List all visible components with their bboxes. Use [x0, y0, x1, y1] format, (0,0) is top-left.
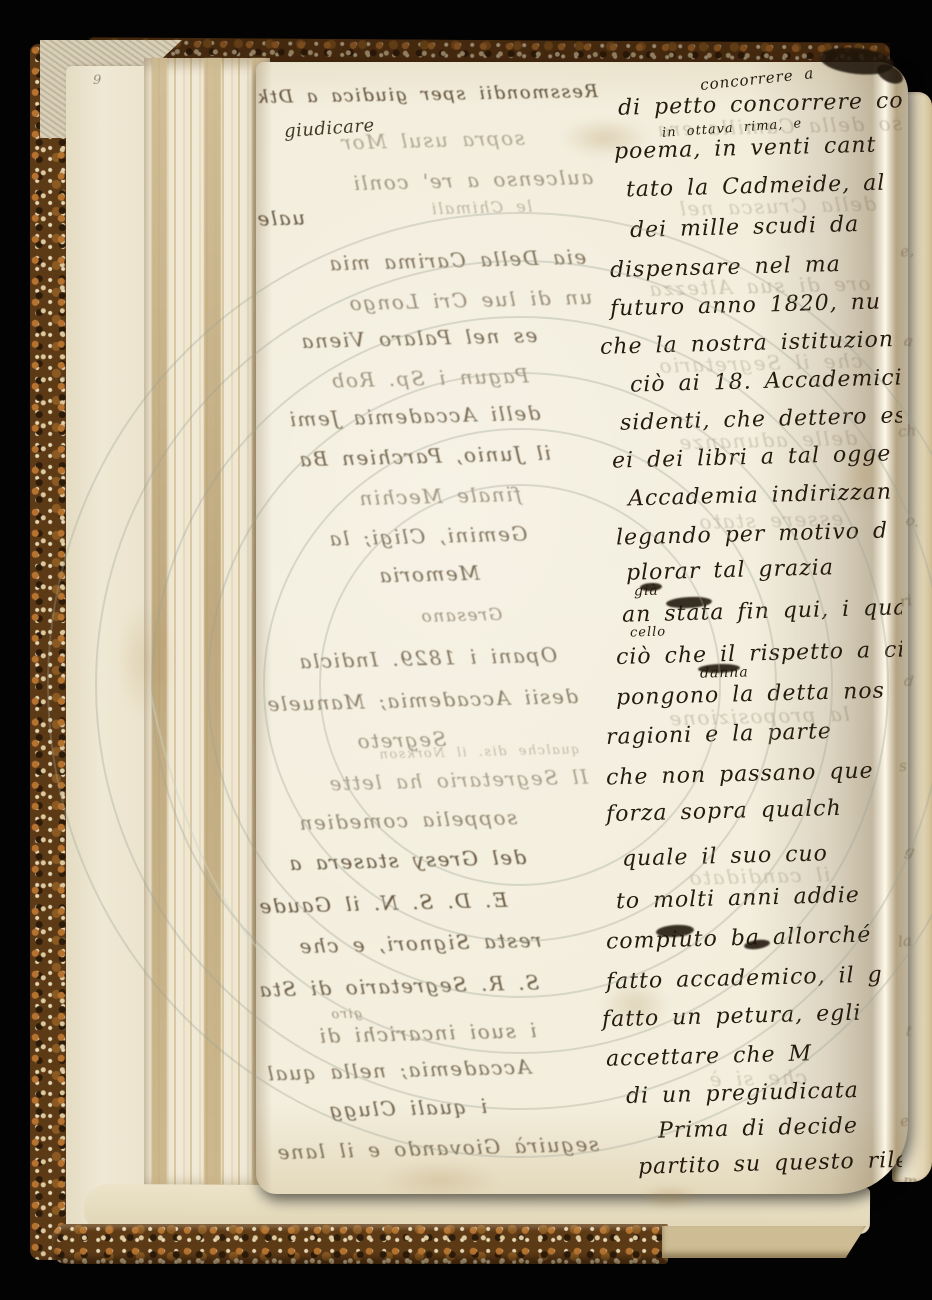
photo-backdrop: Ressmondii sper giudica a Dtksopra usul … — [0, 0, 932, 1300]
text-fragment: o. — [905, 511, 921, 531]
annotation-layer: giudicare9 — [0, 0, 902, 1300]
text-fragment: ri — [899, 591, 914, 611]
underpage-fragments-layer: e,acho.ridsglatem — [894, 92, 932, 1182]
text-fragment: la — [897, 931, 913, 950]
text-fragment: t — [905, 1022, 913, 1041]
text-fragment: d — [903, 672, 914, 691]
text-fragment: e — [899, 1111, 911, 1130]
text-fragment: g — [903, 841, 916, 861]
text-fragment: ch — [897, 421, 917, 441]
text-fragment: m — [902, 1171, 918, 1182]
text-fragment: a — [903, 331, 914, 350]
marginal-annotation: 9 — [93, 74, 102, 87]
marginal-annotation: giudicare — [283, 117, 375, 141]
text-fragment: s — [898, 757, 908, 776]
text-fragment: e, — [898, 241, 915, 261]
